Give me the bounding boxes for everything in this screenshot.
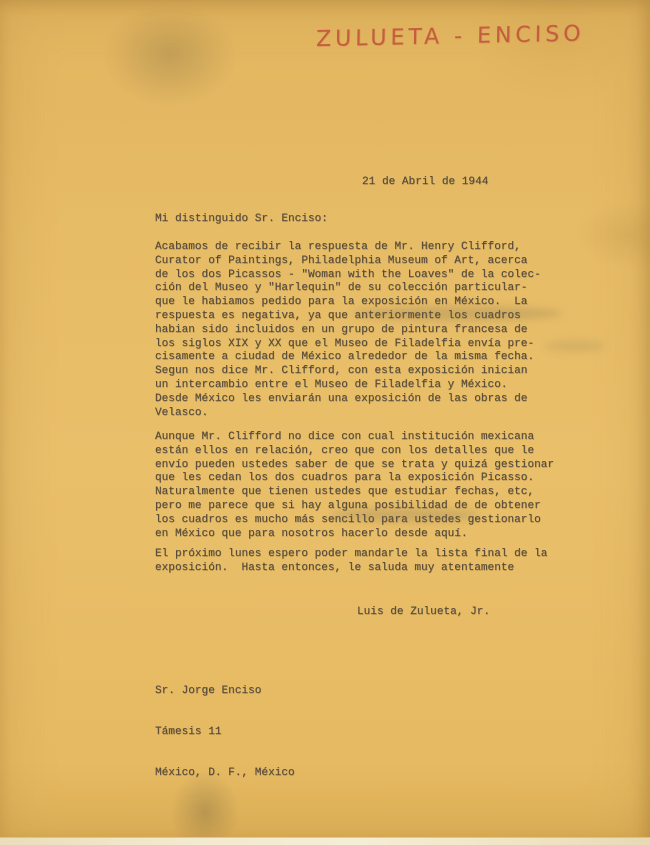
letter-date: 21 de Abril de 1944 — [362, 176, 488, 190]
recipient-address-block: Sr. Jorge Enciso Támesis 11 México, D. F… — [155, 657, 295, 809]
scanned-letter-page: ZULUETA - ENCISO 21 de Abril de 1944 Mi … — [0, 0, 650, 845]
recipient-street: Támesis 11 — [155, 726, 295, 740]
letter-paragraph-3: El próximo lunes espero poder mandarle l… — [155, 548, 547, 576]
letter-salutation: Mi distinguido Sr. Enciso: — [155, 213, 328, 227]
letter-paragraph-1: Acabamos de recibir la respuesta de Mr. … — [155, 241, 541, 420]
ink-smudge — [545, 340, 605, 352]
letter-paragraph-2: Aunque Mr. Clifford no dice con cual ins… — [155, 431, 554, 541]
signature-name: Luis de Zulueta, Jr. — [357, 606, 490, 620]
scanner-edge-strip — [0, 837, 650, 845]
recipient-name: Sr. Jorge Enciso — [155, 685, 295, 699]
recipient-city: México, D. F., México — [155, 767, 295, 781]
handwritten-annotation: ZULUETA - ENCISO — [316, 21, 616, 52]
